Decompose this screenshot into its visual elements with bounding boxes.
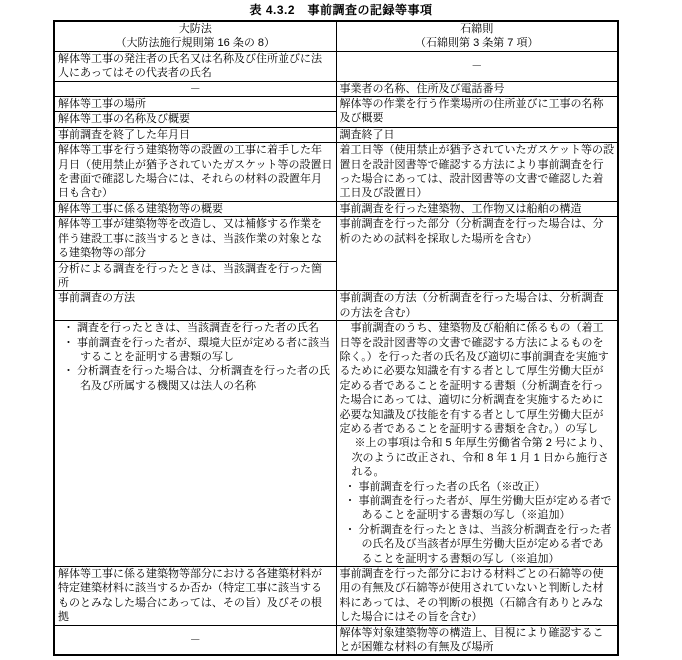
text-block-bullet: ・ 事前調査を行った者の氏名（※改正） — [340, 480, 615, 494]
text-block-bullet: ・ 事前調査を行った者が、厚生労働大臣が定める者であることを証明する書類の写し（… — [340, 494, 615, 523]
header-law-name: 大防法 — [58, 22, 333, 36]
text-block-para: 事前調査のうち、建築物及び船舶に係るもの（着工日等を設計図書等の文書で確認する方… — [340, 321, 615, 436]
text-block-note: ※上の事項は令和 5 年厚生労働省令第 2 号により、次のように改正され、令和 … — [340, 436, 615, 479]
cell-left: － — [54, 625, 336, 655]
table-row: 解体等工事の場所解体等の作業を行う作業場所の住所並びに工事の名称及び概要 — [54, 97, 618, 112]
cell-right: 事前調査のうち、建築物及び船舶に係るもの（着工日等を設計図書等の文書で確認する方… — [336, 321, 618, 567]
table-header: 大防法 （大防法施行規則第 16 条の 8） 石綿則 （石綿則第 3 条第 7 … — [54, 21, 618, 51]
cell-right: 解体等対象建築物等の構造上、目視により確認することが困難な材料の有無及び場所 — [336, 625, 618, 655]
table-body: 解体等工事の発注者の氏名又は名称及び住所並びに法人にあってはその代表者の氏名－－… — [54, 51, 618, 655]
table-row: －事業者の名称、住所及び電話番号 — [54, 81, 618, 96]
cell-left: 解体等工事が建築物等を改造し、又は補修する作業を伴う建設工事に該当するときは、当… — [54, 217, 336, 261]
cell-left: 解体等工事の名称及び概要 — [54, 112, 336, 127]
header-law-clause: （大防法施行規則第 16 条の 8） — [58, 36, 333, 50]
cell-left: 解体等工事を行う建築物等の設置の工事に着手した年月日（使用禁止が猶予されていたガ… — [54, 143, 336, 202]
cell-left: 解体等工事に係る建築物等部分における各建築材料が特定建築材料に該当するか否か（特… — [54, 567, 336, 626]
table-row: 解体等工事の発注者の氏名又は名称及び住所並びに法人にあってはその代表者の氏名－ — [54, 51, 618, 81]
table-row: 解体等工事が建築物等を改造し、又は補修する作業を伴う建設工事に該当するときは、当… — [54, 217, 618, 261]
text-block-bullet: ・ 事前調査を行った者が、環境大臣が定める者に該当することを証明する書類の写し — [58, 336, 333, 365]
survey-record-items-table: 大防法 （大防法施行規則第 16 条の 8） 石綿則 （石綿則第 3 条第 7 … — [53, 20, 619, 656]
text-block-bullet: ・ 調査を行ったときは、当該調査を行った者の氏名 — [58, 321, 333, 335]
cell-left: 分析による調査を行ったときは、当該調査を行った箇所 — [54, 261, 336, 291]
document-page: 表 4.3.2 事前調査の記録等事項 大防法 （大防法施行規則第 16 条の 8… — [0, 0, 682, 660]
cell-left: 解体等工事の場所 — [54, 97, 336, 112]
table-row: 事前調査の方法事前調査の方法（分析調査を行った場合は、分析調査の方法を含む） — [54, 291, 618, 321]
table-row: 解体等工事に係る建築物等の概要事前調査を行った建築物、工作物又は船舶の構造 — [54, 201, 618, 216]
table-row: －解体等対象建築物等の構造上、目視により確認することが困難な材料の有無及び場所 — [54, 625, 618, 655]
table-row: 解体等工事を行う建築物等の設置の工事に着手した年月日（使用禁止が猶予されていたガ… — [54, 143, 618, 202]
cell-right: 事前調査を行った部分（分析調査を行った場合は、分析のための試料を採取した場所を含… — [336, 217, 618, 291]
cell-left: 解体等工事に係る建築物等の概要 — [54, 201, 336, 216]
column-header-sekimensoku: 石綿則 （石綿則第 3 条第 7 項） — [336, 21, 618, 51]
cell-left: 解体等工事の発注者の氏名又は名称及び住所並びに法人にあってはその代表者の氏名 — [54, 51, 336, 81]
cell-right: 事前調査を行った建築物、工作物又は船舶の構造 — [336, 201, 618, 216]
cell-right: 事前調査の方法（分析調査を行った場合は、分析調査の方法を含む） — [336, 291, 618, 321]
cell-right: 解体等の作業を行う作業場所の住所並びに工事の名称及び概要 — [336, 97, 618, 128]
cell-right: 調査終了日 — [336, 127, 618, 142]
cell-left: － — [54, 81, 336, 96]
cell-right: 事前調査を行った部分における材料ごとの石綿等の使用の有無及び石綿等が使用されてい… — [336, 567, 618, 626]
cell-right: 事業者の名称、住所及び電話番号 — [336, 81, 618, 96]
table-row: 解体等工事に係る建築物等部分における各建築材料が特定建築材料に該当するか否か（特… — [54, 567, 618, 626]
cell-left: 事前調査の方法 — [54, 291, 336, 321]
table-row: ・ 調査を行ったときは、当該調査を行った者の氏名・ 事前調査を行った者が、環境大… — [54, 321, 618, 567]
cell-left: 事前調査を終了した年月日 — [54, 127, 336, 142]
cell-right: 着工日等（使用禁止が猶予されていたガスケット等の設置日を設計図書等で確認する方法… — [336, 143, 618, 202]
text-block-bullet: ・ 分析調査を行った場合は、分析調査を行った者の氏名及び所属する機関又は法人の名… — [58, 364, 333, 393]
header-law-clause: （石綿則第 3 条第 7 項） — [340, 36, 615, 50]
text-block-bullet: ・ 分析調査を行ったときは、当該分析調査を行った者の氏名及び当該者が厚生労働大臣… — [340, 523, 615, 566]
table-title: 表 4.3.2 事前調査の記録等事項 — [0, 0, 682, 18]
header-law-name: 石綿則 — [340, 22, 615, 36]
cell-right: － — [336, 51, 618, 81]
cell-left: ・ 調査を行ったときは、当該調査を行った者の氏名・ 事前調査を行った者が、環境大… — [54, 321, 336, 567]
header-row: 大防法 （大防法施行規則第 16 条の 8） 石綿則 （石綿則第 3 条第 7 … — [54, 21, 618, 51]
table-row: 事前調査を終了した年月日調査終了日 — [54, 127, 618, 142]
column-header-daibouhou: 大防法 （大防法施行規則第 16 条の 8） — [54, 21, 336, 51]
